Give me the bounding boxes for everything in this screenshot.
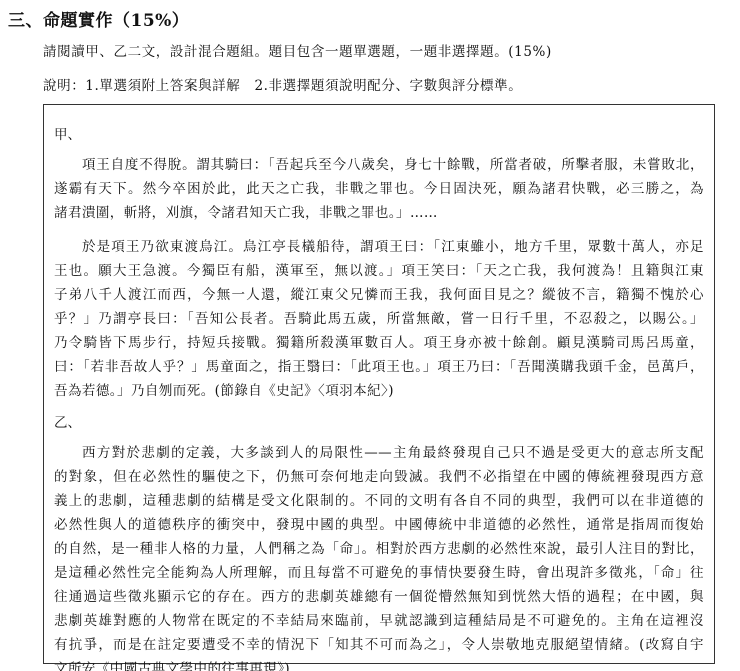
passage-a-line: 子弟八千人渡江而西，今無一人還，縱江東父兄憐而王我，我何面目見之？縱彼不言，籍獨… — [54, 283, 704, 303]
passage-a-line: 遂霸有天下。然今卒困於此，此天之亡我，非戰之罪也。今日固決死，願為諸君快戰，必三… — [54, 177, 704, 197]
passage-b-line: 的對象，但在必然性的驅使之下，仍無可奈何地走向毀滅。我們不必指望在中國的傳統裡發… — [54, 465, 704, 485]
passage-b-line: 有抗爭，而是在註定要遭受不幸的情況下「知其不可而為之」，令人崇敬地克服絕望情緒。… — [54, 633, 704, 653]
passage-b-line: 西方對於悲劇的定義，大多談到人的局限性——主角最終發現自己只不過是受更大的意志所… — [82, 441, 704, 461]
passage-b-line: 往通過這些徵兆顯示它的存在。西方的悲劇英雄總有一個從懵然無知到恍然大悟的過程；在… — [54, 585, 704, 605]
passage-a-line: 吾為若德。」乃自刎而死。(節錄自《史記》〈項羽本紀〉) — [54, 379, 704, 399]
passage-a-line: 王也。願大王急渡。今獨臣有船，漢軍至，無以渡。」項王笑曰：「天之亡我，我何渡為！… — [54, 259, 704, 279]
passage-b-line: 義上的悲劇，這種悲劇的結構是受文化限制的。不同的文明有各自不同的典型，我們可以在… — [54, 489, 704, 509]
passage-a-line: 諸君潰圍，斬將，刈旗，令諸君知天亡我，非戰之罪也。」…… — [54, 201, 704, 221]
passage-a-label: 甲、 — [54, 123, 81, 143]
passage-a-line: 項王自度不得脫。謂其騎曰：「吾起兵至今八歲矣，身七十餘戰，所當者破，所擊者服，未… — [82, 153, 704, 173]
passage-b-line: 的自然，是一種非人格的力量，人們稱之為「命」。相對於西方悲劇的必然性來說，最引人… — [54, 537, 704, 557]
section-heading: 三、命題實作（15%） — [8, 6, 189, 31]
passage-a-line: 乃令騎皆下馬步行，持短兵接戰。獨籍所殺漢軍數百人。項王身亦被十餘創。顧見漢騎司馬… — [54, 331, 704, 351]
passage-b-line: 悲劇英雄對應的人物常在既定的不幸結局來臨前，早就認識到這種結局是不可避免的。主角… — [54, 609, 704, 629]
passage-b-line: 必然性與人的道德秩序的衝突中，發現中國的典型。中國傳統中非道德的必然性，通常是指… — [54, 513, 704, 533]
passage-b-line: 是這種必然性完全能夠為人所理解，而且每當不可避免的事情快要發生時，會出現許多徵兆… — [54, 561, 704, 581]
passage-b-label: 乙、 — [54, 411, 81, 431]
passage-a-line: 於是項王乃欲東渡烏江。烏江亭長檥船待，謂項王曰：「江東雖小，地方千里，眾數十萬人… — [82, 235, 704, 255]
instruction-prompt: 請閱讀甲、乙二文，設計混合題組。題目包含一題單選題，一題非選擇題。(15%) — [43, 40, 552, 60]
passage-b-line: 文所安《中國古典文學中的往事再現》) — [54, 657, 704, 671]
instruction-note: 說明：1.單選須附上答案與詳解 2.非選擇題須說明配分、字數與評分標準。 — [43, 74, 522, 94]
passage-box: 甲、 項王自度不得脫。謂其騎曰：「吾起兵至今八歲矣，身七十餘戰，所當者破，所擊者… — [43, 104, 715, 664]
passage-a-line: 曰：「若非吾故人乎？」馬童面之，指王翳曰：「此項王也。」項王乃曰：「吾聞漢購我頭… — [54, 355, 704, 375]
passage-a-line: 乎？」乃謂亭長曰：「吾知公長者。吾騎此馬五歲，所當無敵，嘗一日行千里，不忍殺之，… — [54, 307, 704, 327]
